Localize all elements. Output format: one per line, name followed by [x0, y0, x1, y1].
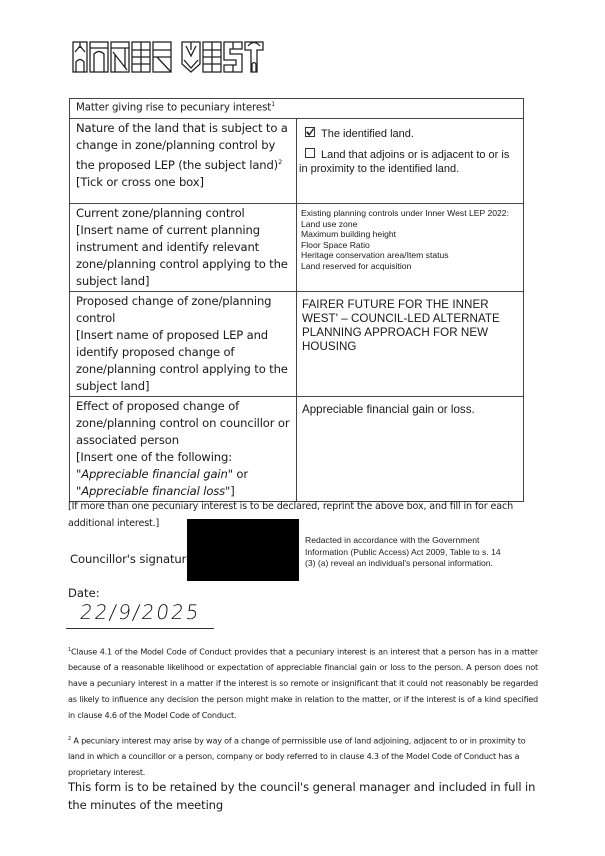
- row-label: Current zone/planning control: [76, 206, 245, 220]
- row-label: Proposed change of zone/planning control: [76, 294, 271, 325]
- proposed-change-value: FAIRER FUTURE FOR THE INNER WEST' – COUN…: [297, 292, 523, 354]
- checkbox-checked-icon[interactable]: [305, 127, 315, 137]
- table-row-proposed-change: Proposed change of zone/planning control…: [70, 292, 524, 397]
- list-item: Land use zone: [301, 219, 519, 230]
- signature-redaction-box: [187, 519, 299, 581]
- row-instruction: [Tick or cross one box]: [76, 175, 204, 189]
- table-row-current-zone: Current zone/planning control [Insert na…: [70, 204, 524, 292]
- option-label: The identified land.: [321, 128, 414, 140]
- table-row-nature-of-land: Nature of the land that is subject to a …: [70, 119, 524, 204]
- footnote-ref: 2: [278, 158, 282, 166]
- row-value-cell: Appreciable financial gain or loss.: [297, 397, 524, 502]
- redaction-note: Redacted in accordance with the Governme…: [305, 535, 510, 570]
- table-row-effect: Effect of proposed change of zone/planni…: [70, 397, 524, 502]
- table-heading-text: Matter giving rise to pecuniary interest: [76, 102, 271, 113]
- footnote-1: 1Clause 4.1 of the Model Code of Conduct…: [68, 643, 538, 724]
- current-controls-list: Existing planning controls under Inner W…: [297, 204, 523, 272]
- date-label: Date:: [68, 586, 100, 600]
- list-item: Heritage conservation area/Item status: [301, 250, 519, 261]
- footnote-text: A pecuniary interest may arise by way of…: [68, 736, 525, 778]
- list-item: Land reserved for acquisition: [301, 261, 519, 272]
- footnote-ref: 1: [271, 101, 275, 108]
- multiple-interest-note: [If more than one pecuniary interest is …: [68, 498, 538, 532]
- signature-label: Councillor's signature: [70, 552, 193, 566]
- pecuniary-interest-table: Matter giving rise to pecuniary interest…: [69, 98, 524, 502]
- option-label: Land that adjoins or is adjacent to or i…: [299, 149, 509, 175]
- date-underline: [66, 628, 214, 629]
- instruction-or: or: [236, 467, 248, 481]
- list-item: Maximum building height: [301, 229, 519, 240]
- current-controls-heading: Existing planning controls under Inner W…: [301, 208, 519, 219]
- checkbox-unchecked-icon[interactable]: [305, 148, 315, 158]
- row-instruction: [Insert name of proposed LEP and identif…: [76, 328, 288, 393]
- row-value-cell: Existing planning controls under Inner W…: [297, 204, 524, 292]
- row-label: Nature of the land that is subject to a …: [76, 121, 288, 172]
- row-value-cell: FAIRER FUTURE FOR THE INNER WEST' – COUN…: [297, 292, 524, 397]
- option-identified-land[interactable]: The identified land.: [297, 119, 523, 140]
- instruction-option: Appreciable financial gain: [81, 467, 228, 481]
- retention-note: This form is to be retained by the counc…: [68, 779, 548, 814]
- row-label: Effect of proposed change of zone/planni…: [76, 399, 289, 447]
- footnote-text: Clause 4.1 of the Model Code of Conduct …: [68, 647, 538, 720]
- footnote-2: 2 A pecuniary interest may arise by way …: [68, 732, 538, 781]
- table-heading: Matter giving rise to pecuniary interest…: [70, 99, 524, 119]
- inner-west-logo: [72, 40, 297, 74]
- row-label-cell: Nature of the land that is subject to a …: [70, 119, 297, 204]
- option-adjoining-land[interactable]: Land that adjoins or is adjacent to or i…: [297, 140, 523, 176]
- instruction-option: Appreciable financial loss: [81, 484, 225, 498]
- row-instruction: [Insert one of the following:: [76, 450, 232, 464]
- list-item: Floor Space Ratio: [301, 240, 519, 251]
- footnote-marker: 2: [68, 736, 71, 742]
- row-instruction: [Insert name of current planning instrum…: [76, 223, 288, 288]
- row-label-cell: Proposed change of zone/planning control…: [70, 292, 297, 397]
- date-value: 22/9/2025: [78, 600, 202, 624]
- row-label-cell: Effect of proposed change of zone/planni…: [70, 397, 297, 502]
- effect-value: Appreciable financial gain or loss.: [297, 397, 523, 416]
- row-label-cell: Current zone/planning control [Insert na…: [70, 204, 297, 292]
- row-value-cell: The identified land. Land that adjoins o…: [297, 119, 524, 204]
